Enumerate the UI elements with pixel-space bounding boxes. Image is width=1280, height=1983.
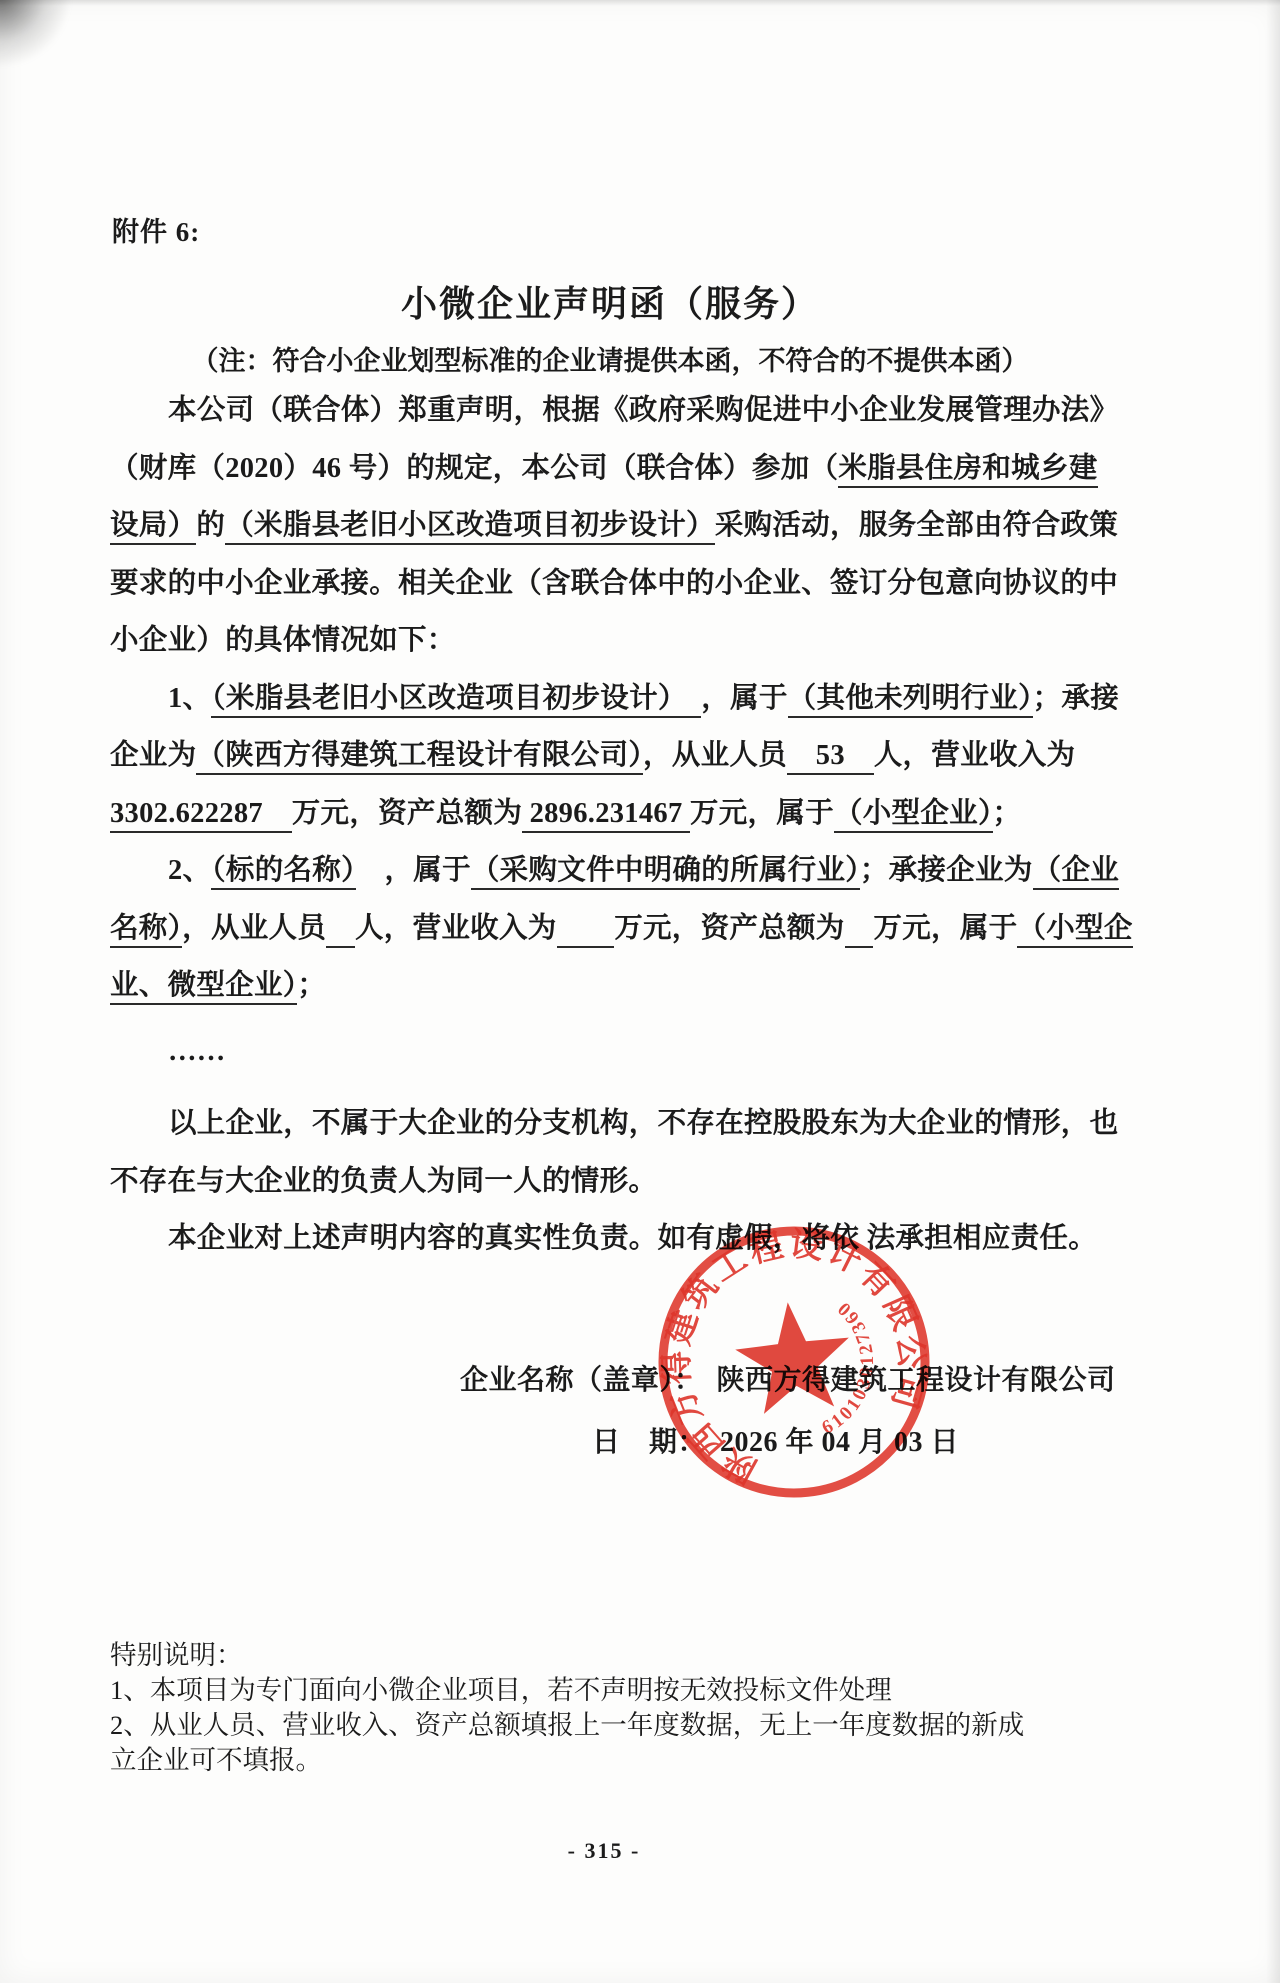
body-line: 设局）的（米脂县老旧小区改造项目初步设计）采购活动，服务全部由符合政策 bbox=[110, 497, 1170, 555]
plain-text: 本企业对上述声明内容的真实性负责。如有虚假，将依 法承担相应责任。 bbox=[168, 1223, 1097, 1254]
plain-text: 以上企业，不属于大企业的分支机构，不存在控股股东为大企业的情形，也 bbox=[168, 1108, 1118, 1139]
body-line: 3302.622287 万元，资产总额为 2896.231467 万元，属于（小… bbox=[110, 785, 1170, 843]
body-line: 名称），从业人员 人，营业收入为 万元，资产总额为 万元，属于（小型企 bbox=[110, 900, 1170, 958]
company-seal-stamp: 陕西方得建筑工程设计有限公司 6101030127360 bbox=[634, 1202, 955, 1523]
plain-text: 万元，资产总额为 bbox=[292, 798, 522, 829]
page-title: 小微企业声明函（服务） bbox=[30, 276, 1190, 327]
underlined-text: （采购文件中明确的所属行业） bbox=[471, 855, 860, 890]
plain-text: 不存在与大企业的负责人为同一人的情形。 bbox=[110, 1166, 657, 1197]
underlined-text bbox=[326, 913, 355, 948]
body-line: 不存在与大企业的负责人为同一人的情形。 bbox=[110, 1153, 1170, 1211]
plain-text: 企业为 bbox=[110, 740, 196, 771]
plain-text: ； bbox=[993, 798, 1022, 829]
plain-text: ，属于 bbox=[701, 683, 787, 714]
body-line: 业、微型企业）； bbox=[110, 957, 1170, 1015]
scan-edge-right bbox=[1266, 0, 1280, 1983]
underlined-text: （企业 bbox=[1033, 855, 1119, 890]
body-line: …… bbox=[110, 1023, 1170, 1081]
title-note: （注：符合小企业划型标准的企业请提供本函，不符合的不提供本函） bbox=[30, 339, 1190, 378]
underlined-text: 设局） bbox=[110, 510, 196, 545]
underlined-text: （米脂县老旧小区改造项目初步设计） bbox=[225, 510, 715, 545]
plain-text: 万元，资产总额为 bbox=[614, 913, 844, 944]
body-line: 2、（标的名称） ，属于（采购文件中明确的所属行业）；承接企业为（企业 bbox=[110, 842, 1170, 900]
plain-text: ，从业人员 bbox=[643, 740, 787, 771]
underlined-text: 米脂县住房和城乡建 bbox=[838, 453, 1097, 488]
plain-text: 1、 bbox=[168, 683, 211, 714]
special-notes: 特别说明： 1、本项目为专门面向小微企业项目，若不声明按无效投标文件处理2、从业… bbox=[110, 1638, 1190, 1778]
attachment-label: 附件 6: bbox=[112, 210, 200, 249]
plain-text: …… bbox=[168, 1036, 226, 1067]
underlined-text: （陕西方得建筑工程设计有限公司） bbox=[196, 740, 643, 775]
plain-text: 2、 bbox=[168, 855, 211, 886]
body-line: 要求的中小企业承接。相关企业（含联合体中的小企业、签订分包意向协议的中 bbox=[110, 555, 1170, 613]
plain-text: ，属于 bbox=[356, 855, 471, 886]
plain-text: ； bbox=[297, 970, 326, 1001]
plain-text: 要求的中小企业承接。相关企业（含联合体中的小企业、签订分包意向协议的中 bbox=[110, 568, 1118, 599]
underlined-text: 名称） bbox=[110, 913, 182, 948]
scan-edge-top bbox=[0, 0, 1280, 6]
underlined-text: 3302.622287 bbox=[110, 798, 292, 833]
body-line: 以上企业，不属于大企业的分支机构，不存在控股股东为大企业的情形，也 bbox=[110, 1095, 1170, 1153]
plain-text: 本公司（联合体）郑重声明，根据《政府采购促进中小企业发展管理办法》 bbox=[168, 395, 1118, 426]
plain-text: 小企业）的具体情况如下： bbox=[110, 625, 456, 656]
underlined-text: （小型企 bbox=[1017, 913, 1132, 948]
underlined-text: （小型企业） bbox=[834, 798, 993, 833]
plain-text: 的 bbox=[196, 510, 225, 541]
plain-text: ；承接企业为 bbox=[860, 855, 1033, 886]
plain-text: ；承接 bbox=[1033, 683, 1119, 714]
body-line: 1、（米脂县老旧小区改造项目初步设计） ，属于（其他未列明行业）；承接 bbox=[110, 670, 1170, 728]
plain-text: 万元，属于 bbox=[690, 798, 834, 829]
plain-text: （财库（2020）46 号）的规定，本公司（联合体）参加（ bbox=[110, 453, 838, 484]
underlined-text: （其他未列明行业） bbox=[788, 683, 1033, 718]
underlined-text: 业、微型企业） bbox=[110, 970, 297, 1005]
underlined-text: 53 bbox=[787, 740, 874, 775]
plain-text: 万元，属于 bbox=[873, 913, 1017, 944]
plain-text: 人，营业收入为 bbox=[874, 740, 1076, 771]
underlined-text: （米脂县老旧小区改造项目初步设计） bbox=[211, 683, 701, 718]
special-note-item: 1、本项目为专门面向小微企业项目，若不声明按无效投标文件处理 bbox=[110, 1673, 1190, 1708]
page-number: - 315 - bbox=[0, 1838, 1208, 1864]
underlined-text bbox=[557, 913, 615, 948]
body-line: 企业为（陕西方得建筑工程设计有限公司），从业人员 53 人，营业收入为 bbox=[110, 727, 1170, 785]
body-line: 小企业）的具体情况如下： bbox=[110, 612, 1170, 670]
plain-text: 采购活动，服务全部由符合政策 bbox=[715, 510, 1118, 541]
special-notes-heading: 特别说明： bbox=[110, 1638, 1190, 1673]
body-line: （财库（2020）46 号）的规定，本公司（联合体）参加（米脂县住房和城乡建 bbox=[110, 440, 1170, 498]
body-line: 本公司（联合体）郑重声明，根据《政府采购促进中小企业发展管理办法》 bbox=[110, 382, 1170, 440]
underlined-text bbox=[845, 913, 874, 948]
scan-smudge bbox=[0, 0, 72, 68]
body-paragraphs: 本公司（联合体）郑重声明，根据《政府采购促进中小企业发展管理办法》（财库（202… bbox=[110, 382, 1170, 1268]
plain-text: ，从业人员 bbox=[182, 913, 326, 944]
document-page: 附件 6: 小微企业声明函（服务） （注：符合小企业划型标准的企业请提供本函，不… bbox=[0, 0, 1280, 1983]
underlined-text: （标的名称） bbox=[211, 855, 355, 890]
special-note-item: 2、从业人员、营业收入、资产总额填报上一年度数据，无上一年度数据的新成 立企业可… bbox=[110, 1708, 1190, 1778]
underlined-text: 2896.231467 bbox=[522, 798, 690, 833]
plain-text: 人，营业收入为 bbox=[355, 913, 557, 944]
